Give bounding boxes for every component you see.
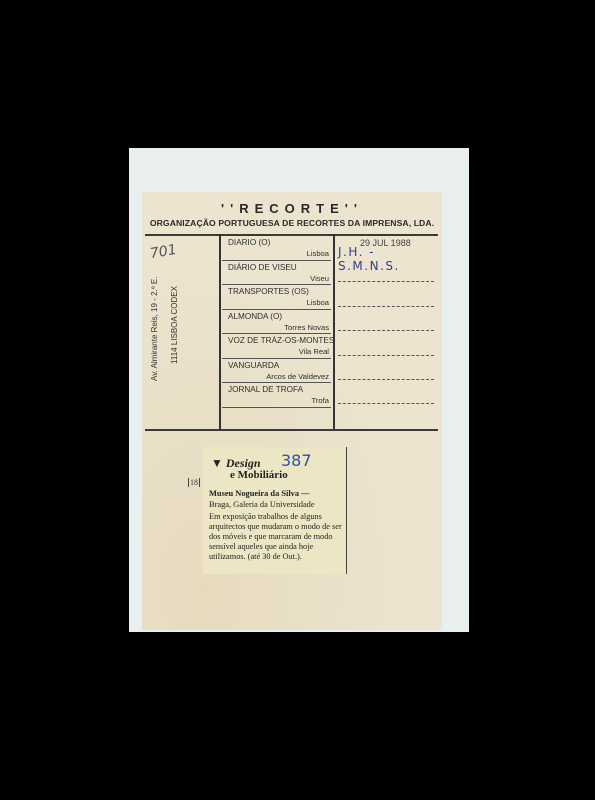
clipping-heading-text: Design — [226, 456, 261, 470]
clipping-venue: Museu Nogueira da Silva — — [209, 489, 344, 498]
clipping-subheading: e Mobiliário — [230, 469, 288, 481]
handwritten-clip-number: 387 — [281, 451, 312, 470]
newspaper-clipping: ▼ Design e Mobiliário 387 Museu Nogueira… — [203, 447, 347, 574]
triangle-marker-icon: ▼ — [211, 456, 223, 470]
clipping-body: Em exposição trabalhos de alguns arquite… — [209, 512, 345, 562]
clipping-venue-location: Braga, Galeria da Universidade — [209, 500, 344, 509]
